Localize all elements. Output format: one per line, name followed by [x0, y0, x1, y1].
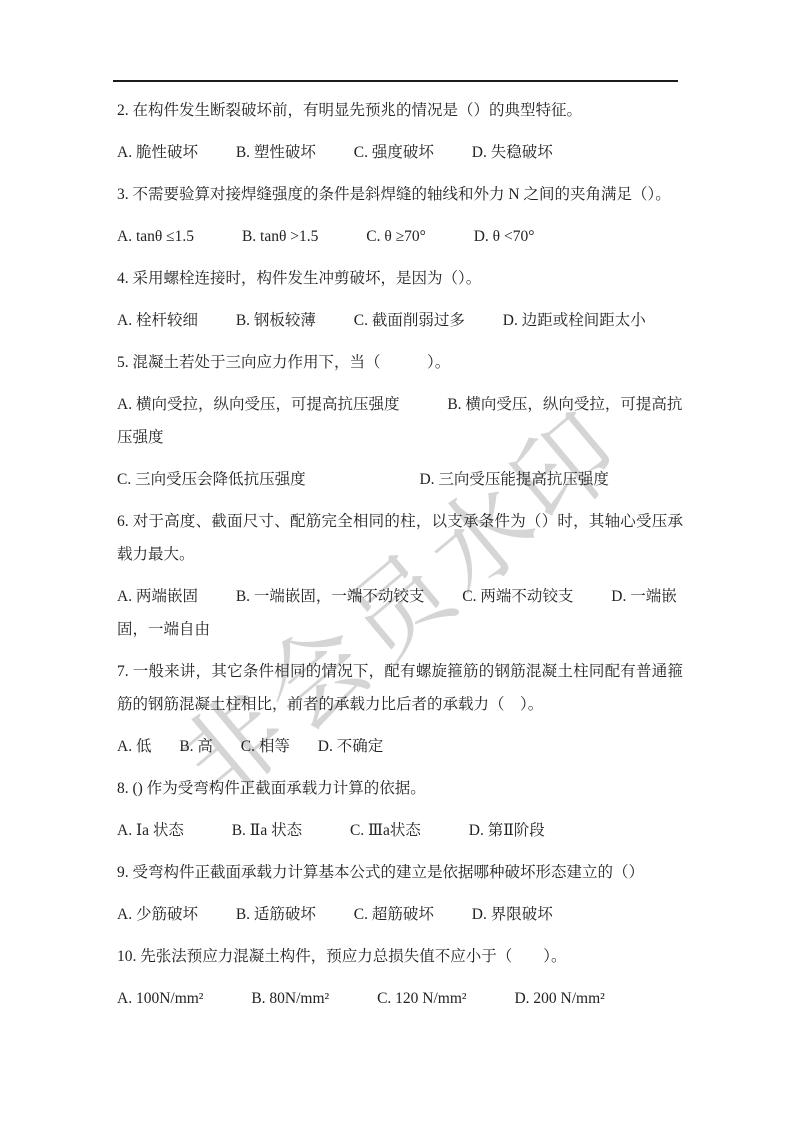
question-text: 6. 对于高度、截面尺寸、配筋完全相同的柱，以支承条件为（）时，其轴心受压承载力…: [117, 505, 683, 571]
question-text: 10. 先张法预应力混凝土构件，预应力总损失值不应小于（ ）。: [117, 940, 683, 973]
question-4: 4. 采用螺栓连接时，构件发生冲剪破坏，是因为（）。 A. 栓杆较细 B. 钢板…: [117, 262, 683, 337]
question-options: A. 低 B. 高 C. 相等 D. 不确定: [117, 730, 683, 763]
option-d: D. 三向受压能提高抗压强度: [419, 471, 608, 488]
question-options: A. 栓杆较细 B. 钢板较薄 C. 截面削弱过多 D. 边距或栓间距太小: [117, 304, 683, 337]
header-rule: [113, 80, 678, 82]
option-d: D. θ <70°: [474, 228, 535, 245]
question-9: 9. 受弯构件正截面承载力计算基本公式的建立是依据哪种破坏形态建立的（） A. …: [117, 856, 683, 931]
option-a: A. 低: [117, 738, 151, 755]
document-page: 非会员水印 2. 在构件发生断裂破坏前，有明显先预兆的情况是（）的典型特征。 A…: [0, 0, 793, 1122]
option-a: A. 横向受拉，纵向受压，可提高抗压强度: [117, 396, 399, 413]
question-options: A. tanθ ≤1.5 B. tanθ >1.5 C. θ ≥70° D. θ…: [117, 220, 683, 253]
option-b: B. 适筋破坏: [236, 906, 316, 923]
option-b: B. 一端嵌固，一端不动铰支: [236, 588, 425, 605]
option-b: B. 钢板较薄: [236, 312, 316, 329]
option-b: B. Ⅱa 状态: [232, 822, 302, 839]
question-2: 2. 在构件发生断裂破坏前，有明显先预兆的情况是（）的典型特征。 A. 脆性破坏…: [117, 94, 683, 169]
option-a: A. 两端嵌固: [117, 588, 198, 605]
question-3: 3. 不需要验算对接焊缝强度的条件是斜焊缝的轴线和外力 N 之间的夹角满足（）。…: [117, 178, 683, 253]
option-c: C. 强度破坏: [354, 144, 434, 161]
question-7: 7. 一般来讲，其它条件相同的情况下，配有螺旋箍筋的钢筋混凝土柱同配有普通箍筋的…: [117, 655, 683, 763]
option-a: A. 少筋破坏: [117, 906, 198, 923]
question-options: A. 横向受拉，纵向受压，可提高抗压强度 B. 横向受压，纵向受拉，可提高抗压强…: [117, 388, 683, 454]
option-c: C. 截面削弱过多: [354, 312, 465, 329]
exam-content: 2. 在构件发生断裂破坏前，有明显先预兆的情况是（）的典型特征。 A. 脆性破坏…: [117, 94, 683, 1024]
question-8: 8. () 作为受弯构件正截面承载力计算的依据。 A. Ⅰa 状态 B. Ⅱa …: [117, 772, 683, 847]
question-options: A. 两端嵌固 B. 一端嵌固，一端不动铰支 C. 两端不动铰支 D. 一端嵌固…: [117, 580, 683, 646]
question-text: 4. 采用螺栓连接时，构件发生冲剪破坏，是因为（）。: [117, 262, 683, 295]
option-d: D. 边距或栓间距太小: [503, 312, 646, 329]
question-text: 8. () 作为受弯构件正截面承载力计算的依据。: [117, 772, 683, 805]
option-c: C. 三向受压会降低抗压强度: [117, 471, 306, 488]
question-options: A. 脆性破坏 B. 塑性破坏 C. 强度破坏 D. 失稳破坏: [117, 136, 683, 169]
option-a: A. 栓杆较细: [117, 312, 198, 329]
option-a: A. tanθ ≤1.5: [117, 228, 194, 245]
option-a: A. 100N/mm²: [117, 990, 203, 1007]
question-options: C. 三向受压会降低抗压强度 D. 三向受压能提高抗压强度: [117, 463, 683, 496]
question-text: 2. 在构件发生断裂破坏前，有明显先预兆的情况是（）的典型特征。: [117, 94, 683, 127]
question-5: 5. 混凝土若处于三向应力作用下，当（ ）。 A. 横向受拉，纵向受压，可提高抗…: [117, 346, 683, 496]
question-text: 7. 一般来讲，其它条件相同的情况下，配有螺旋箍筋的钢筋混凝土柱同配有普通箍筋的…: [117, 655, 683, 721]
option-d: D. 200 N/mm²: [514, 990, 604, 1007]
option-d: D. 不确定: [318, 738, 383, 755]
question-options: A. 100N/mm² B. 80N/mm² C. 120 N/mm² D. 2…: [117, 982, 683, 1015]
option-b: B. 塑性破坏: [236, 144, 316, 161]
question-text: 3. 不需要验算对接焊缝强度的条件是斜焊缝的轴线和外力 N 之间的夹角满足（）。: [117, 178, 683, 211]
option-d: D. 第Ⅱ阶段: [469, 822, 545, 839]
question-text: 9. 受弯构件正截面承载力计算基本公式的建立是依据哪种破坏形态建立的（）: [117, 856, 683, 889]
question-options: A. 少筋破坏 B. 适筋破坏 C. 超筋破坏 D. 界限破坏: [117, 898, 683, 931]
question-10: 10. 先张法预应力混凝土构件，预应力总损失值不应小于（ ）。 A. 100N/…: [117, 940, 683, 1015]
option-c: C. θ ≥70°: [366, 228, 426, 245]
option-b: B. tanθ >1.5: [242, 228, 318, 245]
option-c: C. 超筋破坏: [354, 906, 434, 923]
option-a: A. 脆性破坏: [117, 144, 198, 161]
option-c: C. 120 N/mm²: [377, 990, 466, 1007]
question-6: 6. 对于高度、截面尺寸、配筋完全相同的柱，以支承条件为（）时，其轴心受压承载力…: [117, 505, 683, 646]
option-c: C. Ⅲa状态: [350, 822, 421, 839]
option-c: C. 相等: [241, 738, 290, 755]
option-d: D. 界限破坏: [472, 906, 553, 923]
option-a: A. Ⅰa 状态: [117, 822, 184, 839]
question-options: A. Ⅰa 状态 B. Ⅱa 状态 C. Ⅲa状态 D. 第Ⅱ阶段: [117, 814, 683, 847]
question-text: 5. 混凝土若处于三向应力作用下，当（ ）。: [117, 346, 683, 379]
option-d: D. 失稳破坏: [472, 144, 553, 161]
option-c: C. 两端不动铰支: [462, 588, 573, 605]
option-b: B. 高: [179, 738, 213, 755]
option-b: B. 80N/mm²: [251, 990, 329, 1007]
